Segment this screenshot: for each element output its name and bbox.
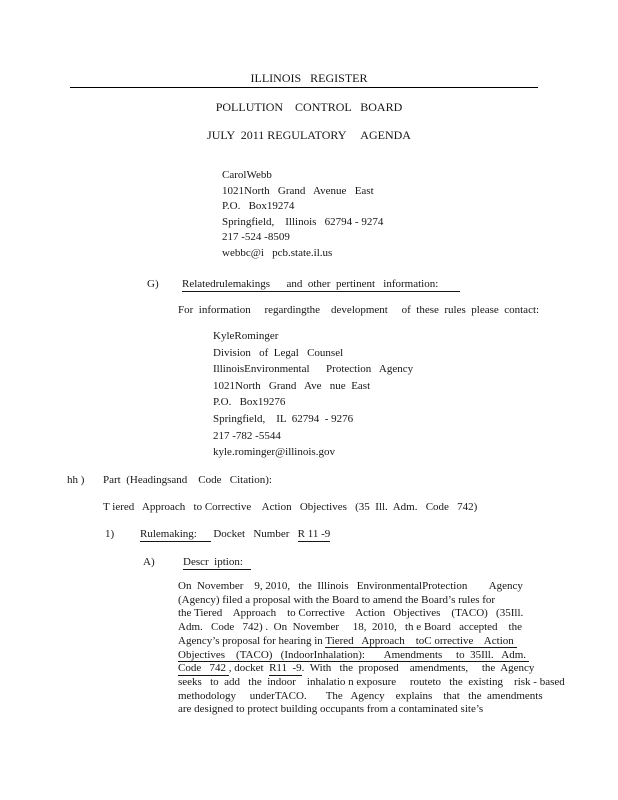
register-title: ILLINOIS REGISTER (0, 71, 618, 86)
description-item-label: A) (143, 556, 155, 568)
text-line: Objectives (TACO) (IndoorInhalation): Am… (178, 649, 565, 663)
underlined-text: Rulemaking: (140, 528, 211, 542)
contact-block-kyle-rominger: KyleRominger Division of Legal Counsel I… (213, 328, 413, 461)
text-line: On November 9, 2010, the Illinois Enviro… (178, 580, 565, 594)
board-title: POLLUTION CONTROL BOARD (0, 100, 618, 115)
description-paragraph: On November 9, 2010, the Illinois Enviro… (178, 580, 565, 717)
section-g-label: G) (147, 278, 159, 290)
text-line: Adm. Code 742) . On November 18, 2010, t… (178, 621, 565, 635)
plain-text: seeks to add the indoor inhalatio n expo… (178, 676, 565, 688)
part-subject-text: T iered Approach to Corrective Action Ob… (103, 501, 477, 513)
text-line: (Agency) filed a proposal with the Board… (178, 594, 565, 608)
underlined-text: Objectives (TACO) (IndoorInhalation): Am… (178, 649, 529, 663)
plain-text: , docket (229, 662, 269, 674)
section-hh-label: hh ) (67, 474, 84, 486)
contact-intro-text: For information regardingthe development… (178, 304, 539, 316)
text-line: Rulemaking: Docket Number R 11 -9 (140, 528, 330, 540)
section-g-heading: Relatedrulemakings and other pertinent i… (182, 278, 460, 290)
plain-text: On November 9, 2010, the Illinois Enviro… (178, 580, 523, 592)
text-line: Relatedrulemakings and other pertinent i… (182, 278, 460, 290)
text-line: Code 742 , docket R11 -9. With the propo… (178, 662, 565, 676)
description-item-heading: Descr iption: (183, 556, 251, 568)
underlined-text: R11 -9 (269, 662, 302, 676)
plain-text: (Agency) filed a proposal with the Board… (178, 594, 495, 606)
plain-text: Adm. Code 742) . On November 18, 2010, t… (178, 621, 522, 633)
header-rule (70, 87, 538, 88)
plain-text: . With the proposed amendments, the Agen… (302, 662, 535, 674)
rulemaking-item-label: 1) (105, 528, 114, 540)
text-line: methodology underTACO. The Agency explai… (178, 690, 565, 704)
text-line: the Tiered Approach to Corrective Action… (178, 607, 565, 621)
underlined-text: Descr iption: (183, 556, 251, 570)
plain-text: the Tiered Approach to Corrective Action… (178, 607, 523, 619)
text-line: seeks to add the indoor inhalatio n expo… (178, 676, 565, 690)
plain-text: methodology underTACO. The Agency explai… (178, 690, 543, 702)
rulemaking-item-heading: Rulemaking: Docket Number R 11 -9 (140, 528, 330, 540)
underlined-text: Relatedrulemakings and other pertinent i… (182, 278, 460, 292)
section-hh-heading: Part (Headingsand Code Citation): (103, 474, 272, 486)
plain-text: are designed to protect building occupan… (178, 703, 483, 715)
agenda-title: JULY 2011 REGULATORY AGENDA (0, 128, 618, 143)
document-page: ILLINOIS REGISTER POLLUTION CONTROL BOAR… (0, 0, 618, 800)
text-line: are designed to protect building occupan… (178, 703, 565, 717)
plain-text: Docket Number (211, 528, 298, 540)
text-line: Descr iption: (183, 556, 251, 568)
underlined-text: R 11 -9 (298, 528, 331, 542)
plain-text: Agency’s proposal for hearing in (178, 635, 325, 647)
contact-block-carol-webb: CarolWebb 1021North Grand Avenue East P.… (222, 168, 383, 261)
text-line: Agency’s proposal for hearing in Tiered … (178, 635, 565, 649)
underlined-text: Tiered Approach toC orrective Action (325, 635, 516, 649)
underlined-text: Code 742 (178, 662, 229, 676)
